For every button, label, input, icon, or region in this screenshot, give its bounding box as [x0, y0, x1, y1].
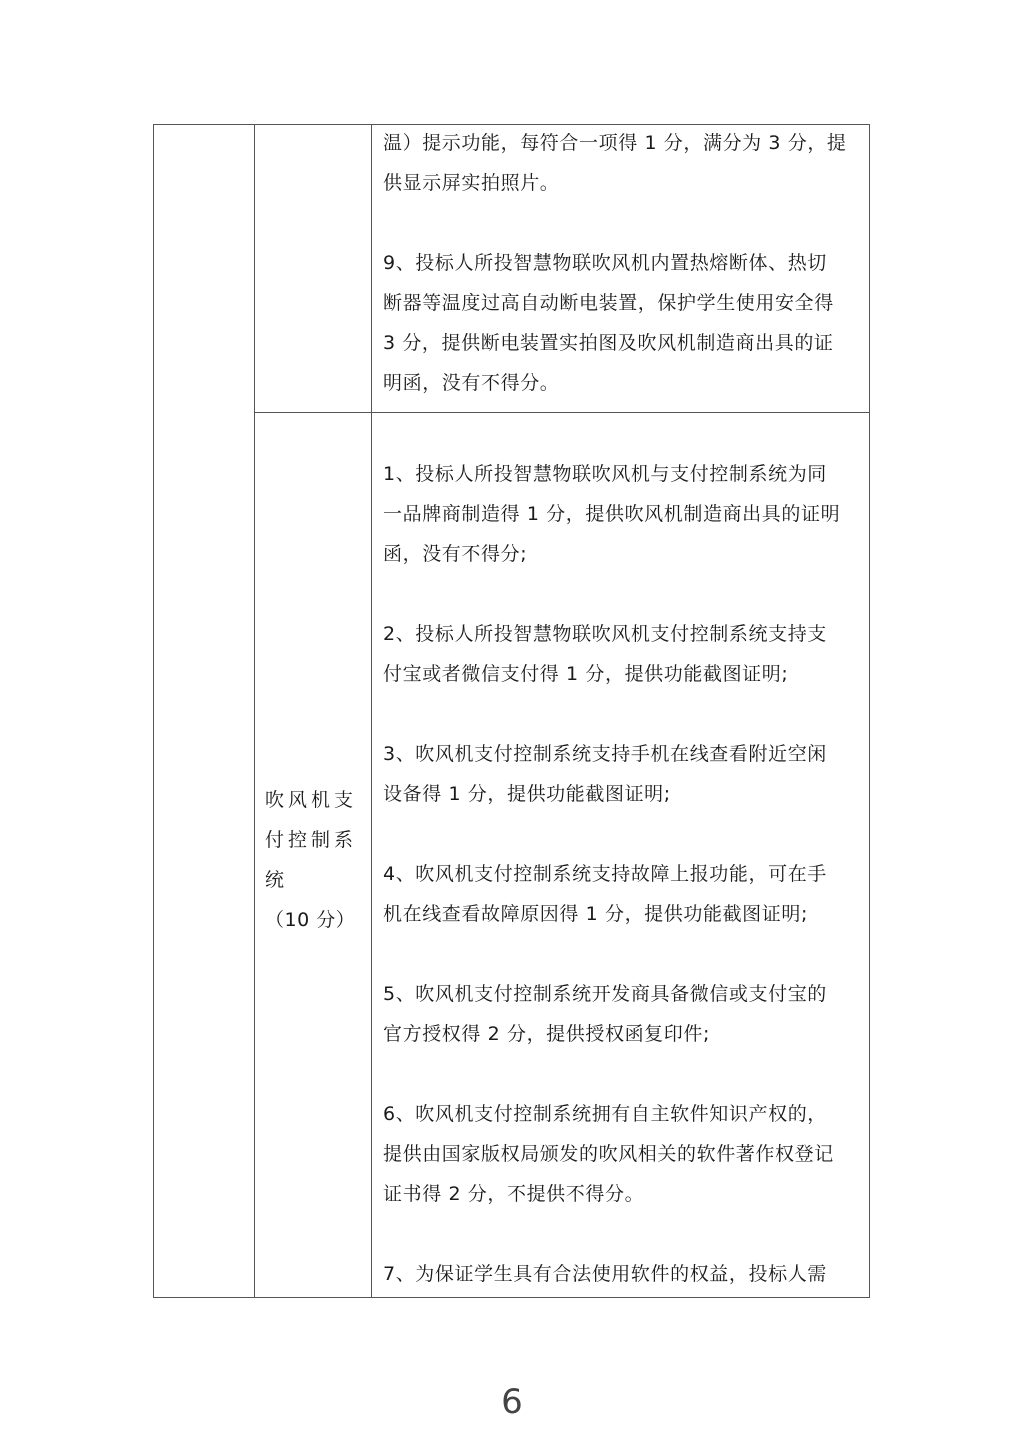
criteria-line: 7、为保证学生具有合法使用软件的权益，投标人需 — [383, 1254, 840, 1294]
criteria-line: 供显示屏实拍照片。 — [383, 163, 847, 203]
criteria-line: 官方授权得 2 分，提供授权函复印件; — [383, 1014, 840, 1054]
criteria-line: 9、投标人所投智慧物联吹风机内置热熔断体、热切 — [383, 243, 847, 283]
row-divider — [254, 412, 869, 413]
criteria-line: 4、吹风机支付控制系统支持故障上报功能，可在手 — [383, 854, 840, 894]
criteria-line: 温）提示功能，每符合一项得 1 分，满分为 3 分，提 — [383, 123, 847, 163]
criteria-line: 断器等温度过高自动断电装置，保护学生使用安全得 — [383, 283, 847, 323]
item-label-line: 统 — [265, 860, 371, 900]
criteria-line: 3 分，提供断电装置实拍图及吹风机制造商出具的证 — [383, 323, 847, 363]
criteria-line: 2、投标人所投智慧物联吹风机支付控制系统支持支 — [383, 614, 840, 654]
criteria-line: 明函，没有不得分。 — [383, 363, 847, 403]
item-label-line: 付控制系 — [265, 820, 371, 860]
criteria-line: 付宝或者微信支付得 1 分，提供功能截图证明; — [383, 654, 840, 694]
criteria-line: 设备得 1 分，提供功能截图证明; — [383, 774, 840, 814]
payment-row-criteria: 1、投标人所投智慧物联吹风机与支付控制系统为同 一品牌商制造得 1 分，提供吹风… — [383, 454, 840, 1294]
column-divider — [371, 125, 372, 1297]
scoring-table: 温）提示功能，每符合一项得 1 分，满分为 3 分，提 供显示屏实拍照片。 9、… — [153, 124, 870, 1298]
criteria-line: 5、吹风机支付控制系统开发商具备微信或支付宝的 — [383, 974, 840, 1014]
column-divider — [254, 125, 255, 1297]
criteria-line: 1、投标人所投智慧物联吹风机与支付控制系统为同 — [383, 454, 840, 494]
criteria-line: 提供由国家版权局颁发的吹风相关的软件著作权登记 — [383, 1134, 840, 1174]
top-row-criteria: 温）提示功能，每符合一项得 1 分，满分为 3 分，提 供显示屏实拍照片。 9、… — [383, 123, 847, 403]
criteria-line: 3、吹风机支付控制系统支持手机在线查看附近空闲 — [383, 734, 840, 774]
item-label-line: 吹风机支 — [265, 780, 371, 820]
criteria-line: 一品牌商制造得 1 分，提供吹风机制造商出具的证明 — [383, 494, 840, 534]
page-number: 6 — [0, 1382, 1024, 1422]
item-score: （10 分） — [265, 900, 371, 940]
criteria-line: 6、吹风机支付控制系统拥有自主软件知识产权的， — [383, 1094, 840, 1134]
criteria-line: 机在线查看故障原因得 1 分，提供功能截图证明; — [383, 894, 840, 934]
criteria-line: 函，没有不得分; — [383, 534, 840, 574]
criteria-line: 证书得 2 分，不提供不得分。 — [383, 1174, 840, 1214]
item-label-payment-system: 吹风机支 付控制系 统 （10 分） — [255, 780, 371, 940]
